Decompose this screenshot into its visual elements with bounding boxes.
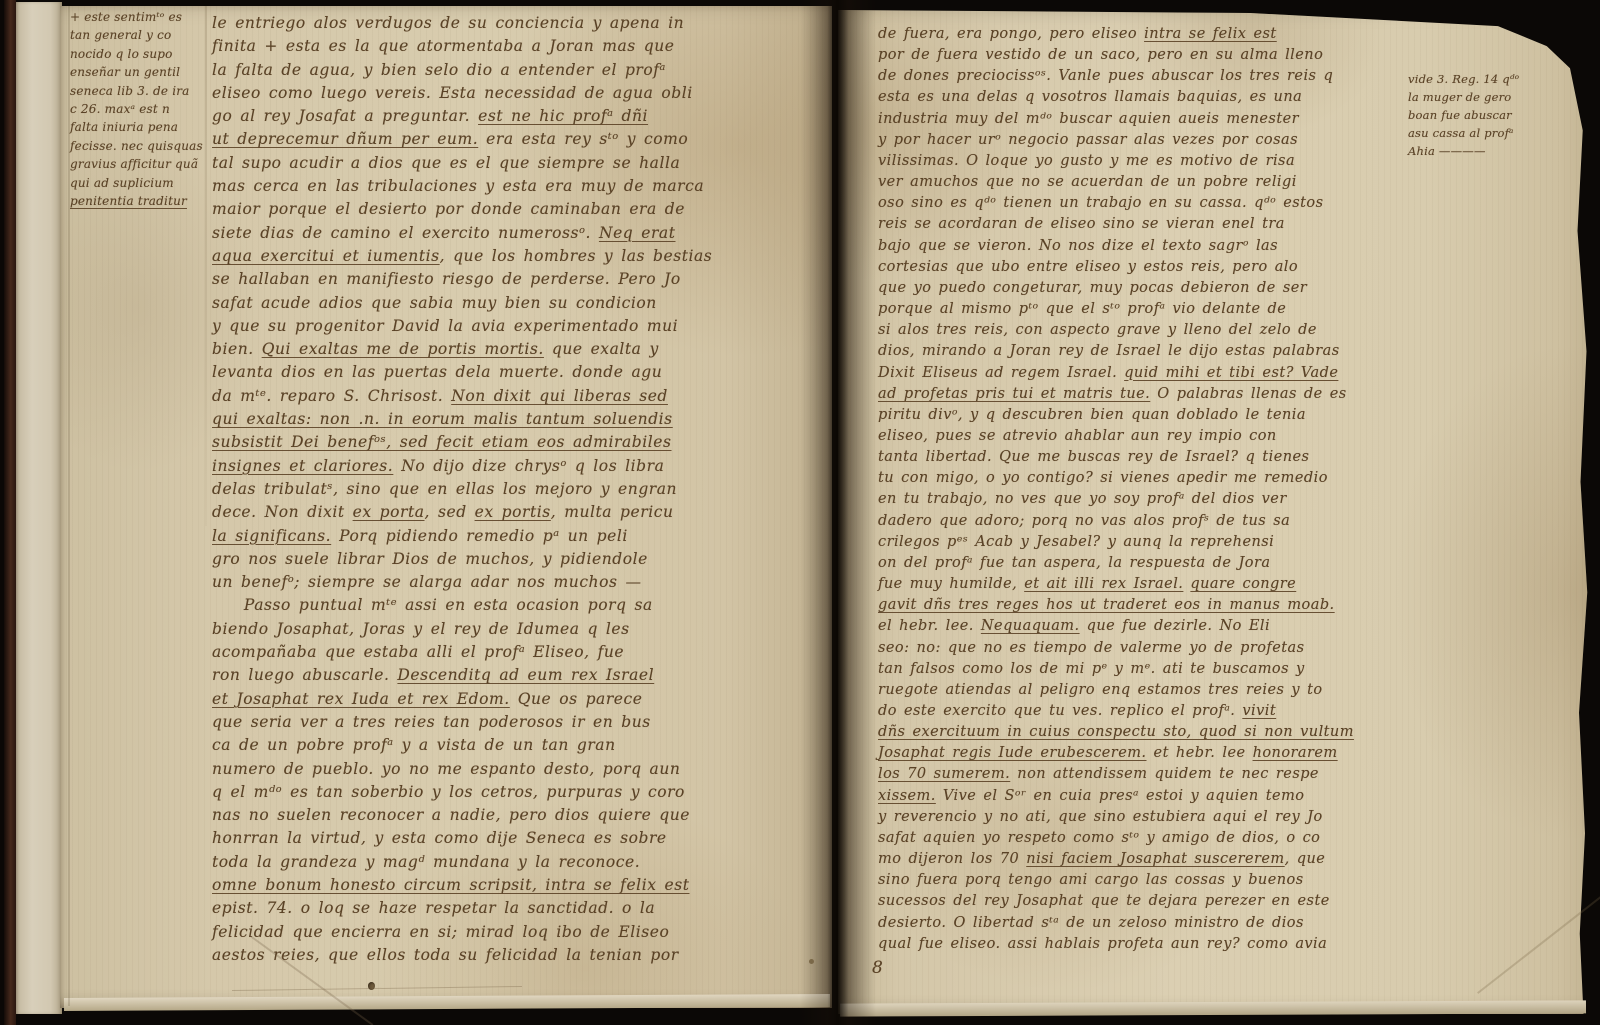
manuscript-line: gravius afficitur quã [70, 155, 220, 173]
manuscript-line: los 70 sumerem. non attendissem quidem t… [878, 764, 1463, 785]
manuscript-line: asu cassa al profᵃ [1408, 124, 1586, 142]
manuscript-line: acompañaba que estaba alli el profᵃ Elis… [212, 641, 797, 664]
manuscript-line: ver amuchos que no se acuerdan de un pob… [878, 172, 1463, 193]
manuscript-line: epist. 74. o loq se haze respetar la san… [212, 897, 797, 920]
manuscript-line: y reverencio y no ati, que sino estubier… [878, 807, 1463, 828]
manuscript-line: sucessos del rey Josaphat que te dejara … [878, 891, 1463, 912]
manuscript-line: desierto. O libertad sᵗᵃ de un zeloso mi… [878, 913, 1463, 934]
page-number: 8 [872, 958, 883, 978]
manuscript-line: el hebr. lee. Nequaquam. que fue dezirle… [878, 616, 1463, 637]
manuscript-line: maior porque el desierto por donde camin… [212, 198, 797, 221]
manuscript-line: le entriego alos verdugos de su concienc… [212, 12, 797, 35]
manuscript-line: la significans. Porq pidiendo remedio pᵃ… [212, 525, 797, 548]
manuscript-line: insignes et clariores. No dijo dize chry… [212, 455, 797, 478]
manuscript-line: numero de pueblo. yo no me espanto desto… [212, 758, 797, 781]
manuscript-line: safat aquien yo respeto como sᵗᵒ y amigo… [878, 828, 1463, 849]
manuscript-line: tan falsos como los de mi pᵉ y mᵉ. ati t… [878, 659, 1463, 680]
right-page-text: de fuera, era pongo, pero eliseo intra s… [878, 24, 1463, 955]
manuscript-line: levanta dios en las puertas dela muerte.… [212, 361, 797, 384]
manuscript-line: Ahia ———— [1408, 142, 1586, 160]
manuscript-line: + este sentimᵗᵒ es [70, 8, 220, 26]
manuscript-line: crilegos pᵉˢ Acab y Jesabel? y aunq la r… [878, 532, 1463, 553]
manuscript-line: falta iniuria pena [70, 118, 220, 136]
manuscript-line: qui exaltas: non .n. in eorum malis tant… [212, 408, 797, 431]
manuscript-line: on del profᵃ fue tan aspera, la respuest… [878, 553, 1463, 574]
manuscript-line: que seria ver a tres reies tan poderosos… [212, 711, 797, 734]
manuscript-line: omne bonum honesto circum scripsit, intr… [212, 874, 797, 897]
manuscript-line: cortesias que ubo entre eliseo y estos r… [878, 257, 1463, 278]
manuscript-line: siete dias de camino el exercito numeros… [212, 222, 797, 245]
book-cover-edge [4, 0, 16, 1025]
manuscript-line: eliseo como luego vereis. Esta necessida… [212, 82, 797, 105]
manuscript-line: tal supo acudir a dios que es el que sie… [212, 152, 797, 175]
manuscript-line: gavit dñs tres reges hos ut traderet eos… [878, 595, 1463, 616]
manuscript-line: do este exercito que tu ves. replico el … [878, 701, 1463, 722]
manuscript-line: felicidad que encierra en si; mirad loq … [212, 921, 797, 944]
manuscript-line: Passo puntual mᵗᵉ assi en esta ocasion p… [212, 594, 797, 617]
manuscript-line: porque al mismo pᵗᵒ que el sᵗᵒ profᵃ vio… [878, 299, 1463, 320]
manuscript-line: bajo que se vieron. No nos dize el texto… [878, 236, 1463, 257]
manuscript-line: oso sino es qᵈᵒ tienen un trabajo en su … [878, 193, 1463, 214]
manuscript-line: aestos reies, que ellos toda su felicida… [212, 944, 797, 967]
manuscript-line: enseñar un gentil [70, 63, 220, 81]
manuscript-line: mo dijeron los 70 nisi faciem Josaphat s… [878, 849, 1463, 870]
manuscript-line: tanta libertad. Que me buscas rey de Isr… [878, 447, 1463, 468]
manuscript-line: q el mᵈᵒ es tan soberbio y los cetros, p… [212, 781, 797, 804]
manuscript-line: go al rey Josafat a preguntar. est ne hi… [212, 105, 797, 128]
manuscript-line: xissem. Vive el Sᵒʳ en cuia presᵃ estoi … [878, 786, 1463, 807]
manuscript-line: si alos tres reis, con aspecto grave y l… [878, 320, 1463, 341]
manuscript-line: de dones preciocissᵒˢ. Vanle pues abusca… [878, 66, 1463, 87]
manuscript-line: fue muy humilde, et ait illi rex Israel.… [878, 574, 1463, 595]
manuscript-line: sino fuera porq tengo ami cargo las coss… [878, 870, 1463, 891]
manuscript-line: y por hacer urᵒ negocio passar alas veze… [878, 130, 1463, 151]
manuscript-line: Josaphat regis Iude erubescerem. et hebr… [878, 743, 1463, 764]
manuscript-line: la falta de agua, y bien selo dio a ente… [212, 59, 797, 82]
manuscript-line: dece. Non dixit ex porta, sed ex portis,… [212, 501, 797, 524]
manuscript-line: tan general y co [70, 26, 220, 44]
manuscript-line: en tu trabajo, no ves que yo soy profᵃ d… [878, 489, 1463, 510]
left-page-text: le entriego alos verdugos de su concienc… [212, 12, 797, 967]
manuscript-line: bien. Qui exaltas me de portis mortis. q… [212, 338, 797, 361]
manuscript-line: dadero que adoro; porq no vas alos profˢ… [878, 511, 1463, 532]
manuscript-line: Dixit Eliseus ad regem Israel. quid mihi… [878, 363, 1463, 384]
manuscript-line: nas no suelen reconocer a nadie, pero di… [212, 804, 797, 827]
left-margin-note: + este sentimᵗᵒ estan general y conocido… [70, 8, 220, 210]
manuscript-line: vide 3. Reg. 14 qᵈᵒ [1408, 70, 1586, 88]
manuscript-line: que yo puedo congeturar, muy pocas debie… [878, 278, 1463, 299]
manuscript-line: ca de un pobre profᵃ y a vista de un tan… [212, 734, 797, 757]
manuscript-line: toda la grandeza y magᵈ mundana y la rec… [212, 851, 797, 874]
manuscript-line: dñs exercituum in cuius conspectu sto, q… [878, 722, 1463, 743]
manuscript-line: honrran la virtud, y esta como dije Sene… [212, 827, 797, 850]
manuscript-line: safat acude adios que sabia muy bien su … [212, 292, 797, 315]
manuscript-line: qual fue eliseo. assi hablais profeta au… [878, 934, 1463, 955]
manuscript-line: da mᵗᵉ. reparo S. Chrisost. Non dixit qu… [212, 385, 797, 408]
manuscript-line: c 26. maxᵃ est n [70, 100, 220, 118]
manuscript-line: ruegote atiendas al peligro enq estamos … [878, 680, 1463, 701]
manuscript-line: de fuera, era pongo, pero eliseo intra s… [878, 24, 1463, 45]
under-page-edge-strip [16, 2, 62, 1014]
right-margin-note: vide 3. Reg. 14 qᵈᵒla muger de geroboan … [1408, 70, 1586, 160]
manuscript-line: reis se acordaran de eliseo sino se vier… [878, 214, 1463, 235]
manuscript-line: fecisse. nec quisquas [70, 137, 220, 155]
manuscript-line: qui ad suplicium [70, 174, 220, 192]
manuscript-line: gro nos suele librar Dios de muchos, y p… [212, 548, 797, 571]
manuscript-line: ad profetas pris tui et matris tue. O pa… [878, 384, 1463, 405]
manuscript-line: tu con migo, o yo contigo? si vienes ape… [878, 468, 1463, 489]
manuscript-line: esta es una delas q vosotros llamais baq… [878, 87, 1463, 108]
manuscript-line: nocido q lo supo [70, 45, 220, 63]
manuscript-line: y que su progenitor David la avia experi… [212, 315, 797, 338]
manuscript-line: mas cerca en las tribulaciones y esta er… [212, 175, 797, 198]
manuscript-line: et Josaphat rex Iuda et rex Edom. Que os… [212, 688, 797, 711]
manuscript-line: vilissimas. O loque yo gusto y me es mot… [878, 151, 1463, 172]
manuscript-line: se hallaban en manifiesto riesgo de perd… [212, 268, 797, 291]
manuscript-line: dios, mirando a Joran rey de Israel le d… [878, 341, 1463, 362]
manuscript-line: seneca lib 3. de ira [70, 82, 220, 100]
manuscript-line: ut deprecemur dñum per eum. era esta rey… [212, 128, 797, 151]
manuscript-line: finita + esta es la que atormentaba a Jo… [212, 35, 797, 58]
manuscript-line: un benefᵒ; siempre se alarga adar nos mu… [212, 571, 797, 594]
manuscript-line: seo: no: que no es tiempo de valerme yo … [878, 638, 1463, 659]
manuscript-line: la muger de gero [1408, 88, 1586, 106]
manuscript-line: ron luego abuscarle. Descenditq ad eum r… [212, 664, 797, 687]
manuscript-line: aqua exercitui et iumentis, que los homb… [212, 245, 797, 268]
manuscript-scan: + este sentimᵗᵒ estan general y conocido… [0, 0, 1600, 1025]
manuscript-line: piritu divᵒ, y q descubren bien quan dob… [878, 405, 1463, 426]
manuscript-line: boan fue abuscar [1408, 106, 1586, 124]
manuscript-line: por de fuera vestido de un saco, pero en… [878, 45, 1463, 66]
manuscript-line: penitentia traditur [70, 192, 220, 210]
manuscript-line: delas tribulatˢ, sino que en ellas los m… [212, 478, 797, 501]
manuscript-line: subsistit Dei benefᵒˢ, sed fecit etiam e… [212, 431, 797, 454]
manuscript-line: eliseo, pues se atrevio ahablar aun rey … [878, 426, 1463, 447]
manuscript-line: biendo Josaphat, Joras y el rey de Idume… [212, 618, 797, 641]
manuscript-line: industria muy del mᵈᵒ buscar aquien auei… [878, 109, 1463, 130]
